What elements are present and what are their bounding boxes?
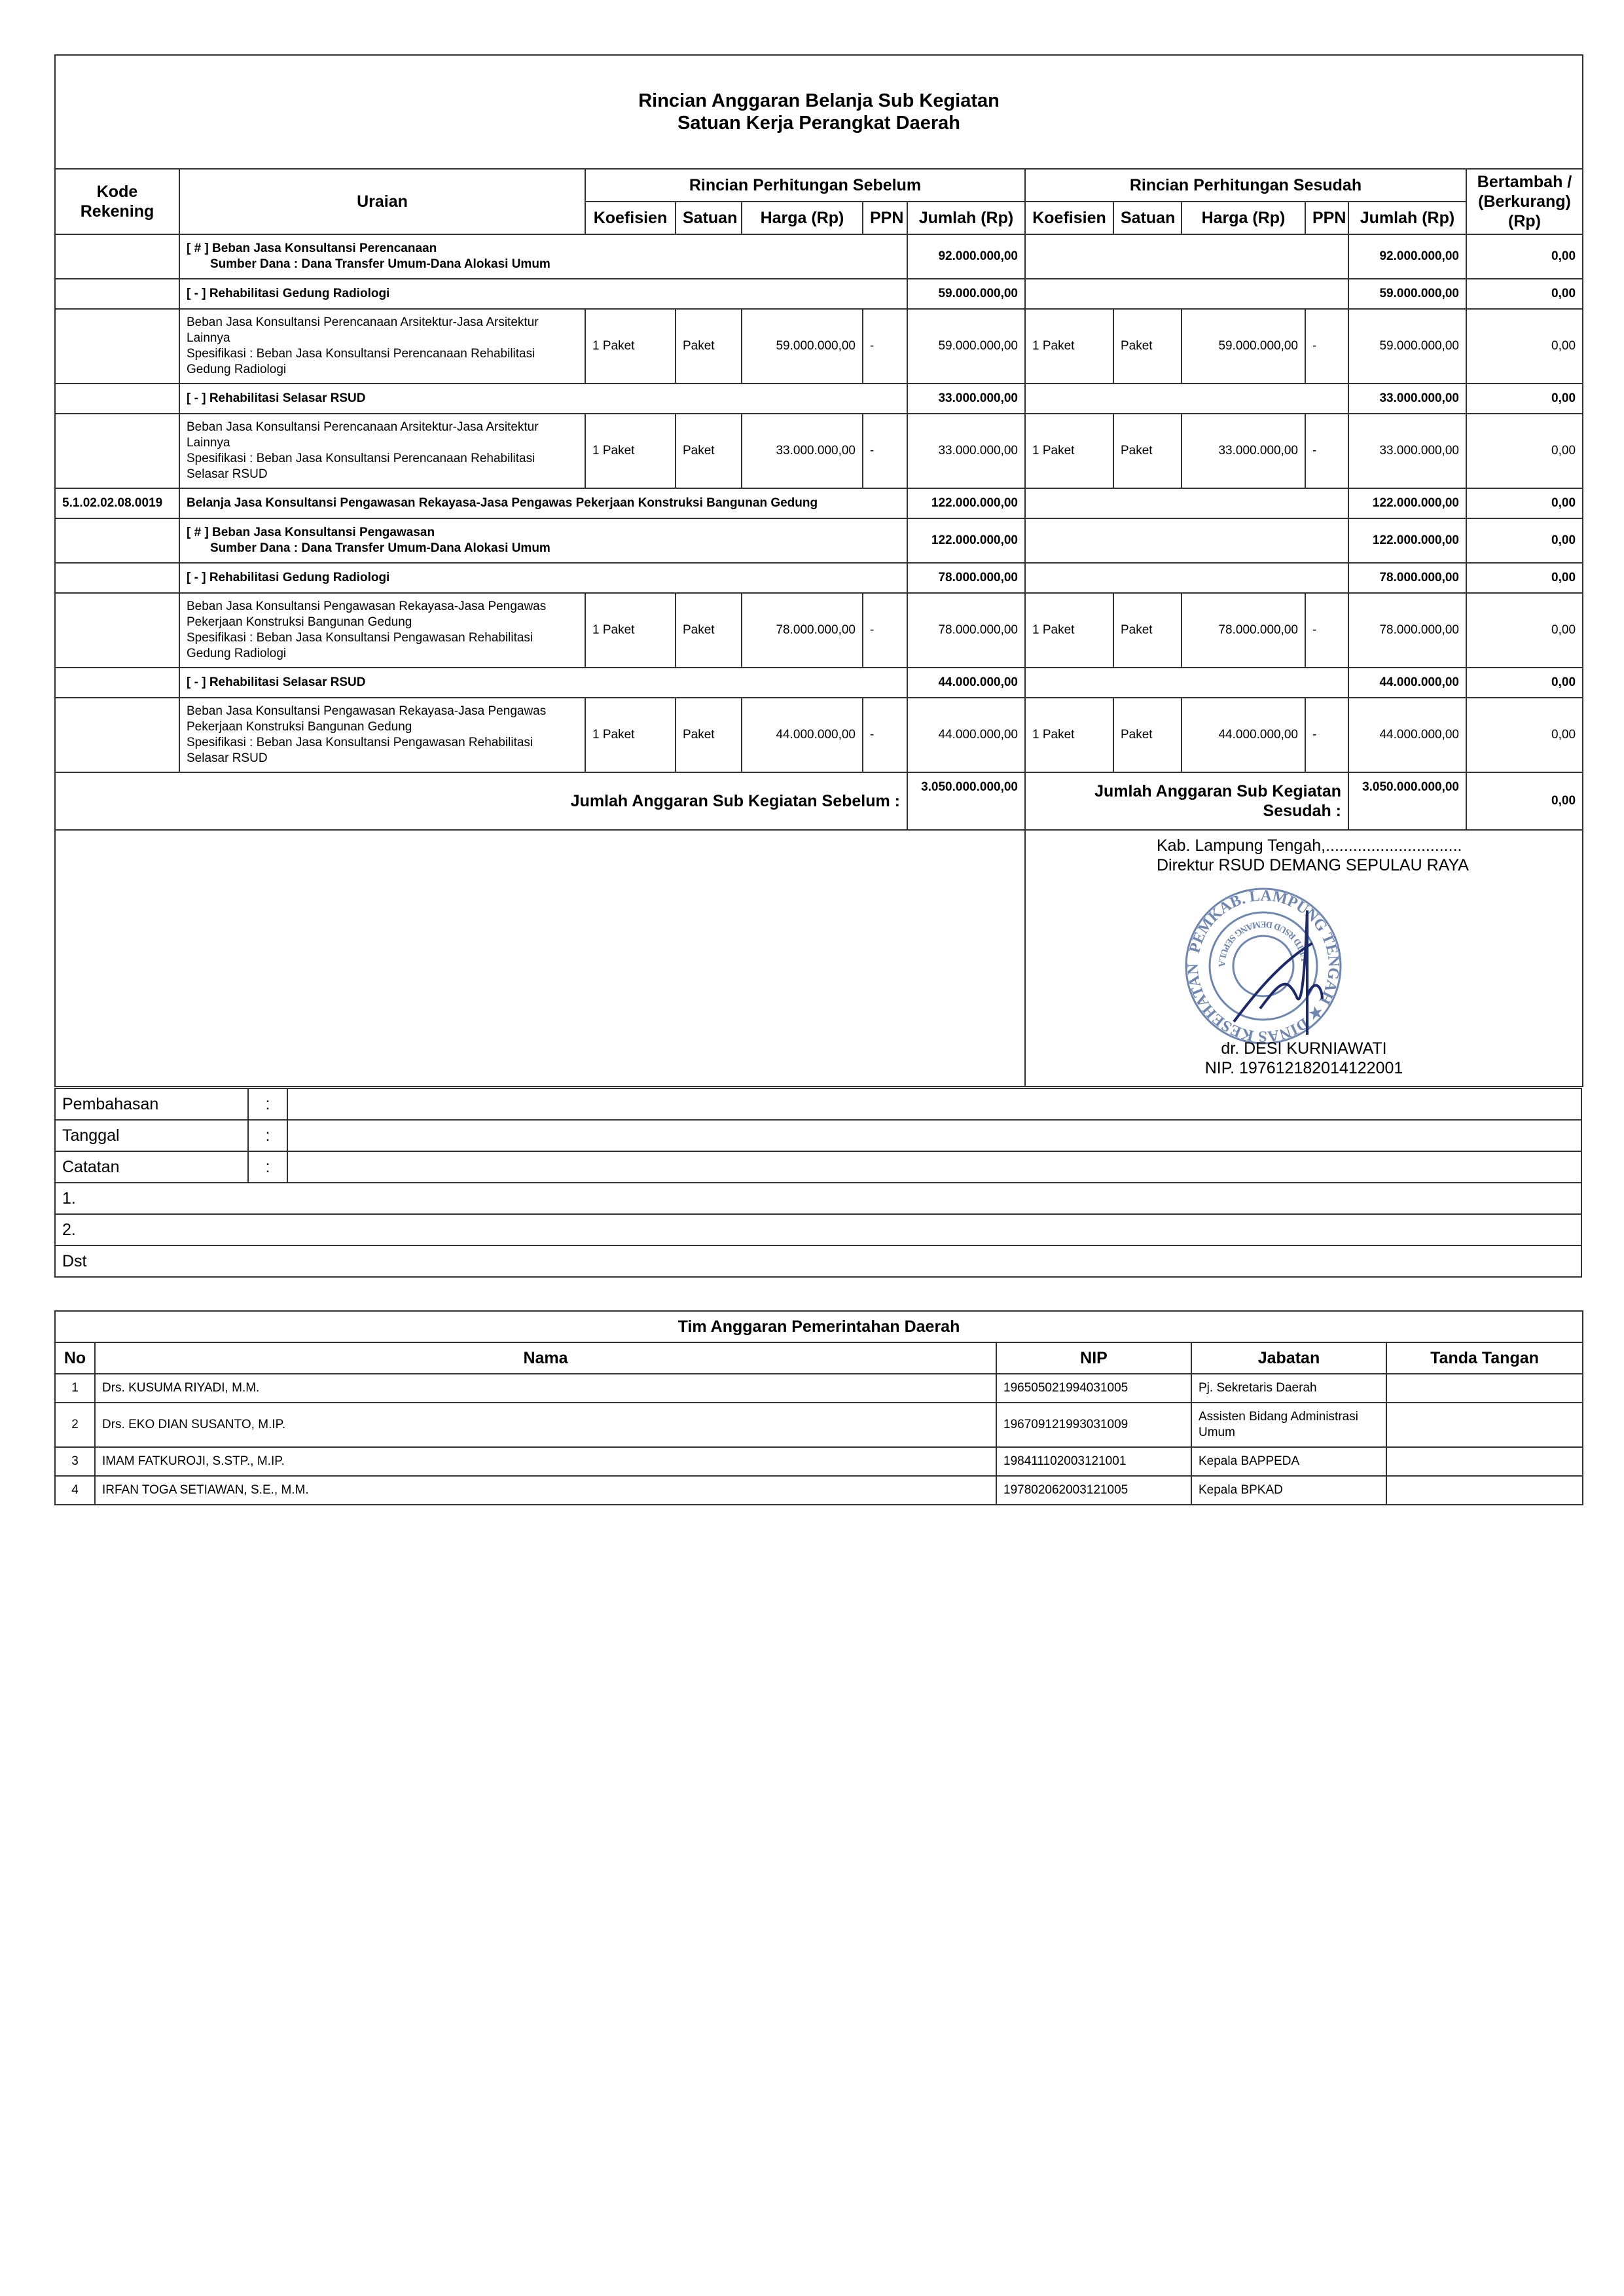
uraian-spec: Spesifikasi : Beban Jasa Konsultansi Pen… [187, 735, 578, 766]
table-row: [ # ] Beban Jasa Konsultansi Perencanaan… [55, 234, 1583, 279]
uraian-spec: Spesifikasi : Beban Jasa Konsultansi Pen… [187, 630, 578, 662]
uraian-title: [ # ] Beban Jasa Konsultansi Pengawasan [187, 526, 435, 539]
uraian: [ - ] Rehabilitasi Selasar RSUD [179, 668, 907, 698]
signature-blank [55, 830, 1025, 1086]
tapd-member-row: 2Drs. EKO DIAN SUSANTO, M.IP.19670912199… [55, 1403, 1583, 1447]
header-harga: Harga (Rp) [742, 202, 863, 234]
header-sebelum: Rincian Perhitungan Sebelum [585, 169, 1025, 202]
total-sebelum-value: 3.050.000.000,00 [907, 772, 1025, 830]
selisih: 0,00 [1466, 309, 1583, 384]
signature-place-date: Kab. Lampung Tengah,....................… [1157, 836, 1469, 855]
harga-sesudah: 33.000.000,00 [1182, 414, 1305, 488]
satuan: Paket [676, 414, 742, 488]
kode-rekening [55, 234, 179, 279]
header-ppn: PPN [863, 202, 907, 234]
uraian: [ - ] Rehabilitasi Gedung Radiologi [179, 563, 907, 593]
sesudah-blank [1025, 279, 1348, 309]
member-nip: 196505021994031005 [996, 1374, 1191, 1403]
notes-row: Catatan: [55, 1151, 1581, 1183]
kode-rekening [55, 414, 179, 488]
uraian-title: Beban Jasa Konsultansi Pengawasan Rekaya… [187, 599, 578, 630]
uraian-title: Belanja Jasa Konsultansi Pengawasan Reka… [187, 496, 818, 510]
notes-item: 1. [55, 1183, 1581, 1214]
ppn-sesudah: - [1305, 698, 1348, 772]
sumber-dana: Sumber Dana : Dana Transfer Umum-Dana Al… [187, 257, 900, 272]
satuan: Paket [676, 698, 742, 772]
harga-sesudah: 44.000.000,00 [1182, 698, 1305, 772]
jumlah-sesudah: 78.000.000,00 [1348, 563, 1466, 593]
koefisien: 1 Paket [585, 309, 676, 384]
signature-block: Kab. Lampung Tengah,....................… [1025, 830, 1583, 1086]
member-no: 4 [55, 1476, 95, 1505]
jumlah-sesudah: 92.000.000,00 [1348, 234, 1466, 279]
official-stamp-icon: PEMKAB. LAMPUNG TENGAH ★ DINAS KESEHATAN… [1182, 884, 1345, 1048]
budget-detail-table: Rincian Anggaran Belanja Sub Kegiatan Sa… [54, 54, 1583, 1087]
selisih: 0,00 [1466, 668, 1583, 698]
kode-rekening [55, 563, 179, 593]
member-no: 1 [55, 1374, 95, 1403]
member-nama: IMAM FATKUROJI, S.STP., M.IP. [95, 1447, 996, 1476]
selisih: 0,00 [1466, 414, 1583, 488]
uraian-title: [ - ] Rehabilitasi Selasar RSUD [187, 391, 365, 405]
table-row: Beban Jasa Konsultansi Pengawasan Rekaya… [55, 593, 1583, 668]
jumlah-sesudah: 59.000.000,00 [1348, 309, 1466, 384]
satuan-sesudah: Paket [1113, 593, 1182, 668]
jumlah-sebelum: 59.000.000,00 [907, 309, 1025, 384]
member-jabatan: Pj. Sekretaris Daerah [1191, 1374, 1386, 1403]
koefisien: 1 Paket [585, 414, 676, 488]
uraian-title: [ - ] Rehabilitasi Gedung Radiologi [187, 287, 389, 300]
header-satuan: Satuan [676, 202, 742, 234]
notes-item-text: Dst [55, 1246, 1581, 1277]
total-selisih: 0,00 [1466, 772, 1583, 830]
tapd-header-no: No [55, 1342, 95, 1374]
jumlah-sesudah: 78.000.000,00 [1348, 593, 1466, 668]
satuan: Paket [676, 593, 742, 668]
discussion-notes-table: Pembahasan:Tanggal:Catatan:1.2.Dst [54, 1088, 1582, 1278]
member-nama: IRFAN TOGA SETIAWAN, S.E., M.M. [95, 1476, 996, 1505]
total-sesudah-label: Jumlah Anggaran Sub Kegiatan Sesudah : [1025, 772, 1348, 830]
uraian-title: Beban Jasa Konsultansi Perencanaan Arsit… [187, 315, 578, 346]
ppn: - [863, 309, 907, 384]
jumlah-sebelum: 59.000.000,00 [907, 279, 1025, 309]
uraian-spec: Spesifikasi : Beban Jasa Konsultansi Per… [187, 451, 578, 482]
uraian-spec: Spesifikasi : Beban Jasa Konsultansi Per… [187, 346, 578, 378]
document-title: Rincian Anggaran Belanja Sub Kegiatan Sa… [55, 55, 1583, 169]
satuan: Paket [676, 309, 742, 384]
tapd-member-row: 3IMAM FATKUROJI, S.STP., M.IP.1984111020… [55, 1447, 1583, 1476]
jumlah-sebelum: 33.000.000,00 [907, 384, 1025, 414]
kode-rekening [55, 593, 179, 668]
signature-nip: NIP. 197612182014122001 [1032, 1058, 1576, 1078]
signature-name: dr. DESI KURNIAWATI [1032, 1039, 1576, 1058]
document-title-line2: Satuan Kerja Perangkat Daerah [62, 112, 1576, 134]
harga-sesudah: 78.000.000,00 [1182, 593, 1305, 668]
uraian: Beban Jasa Konsultansi Pengawasan Rekaya… [179, 593, 585, 668]
header-jumlah: Jumlah (Rp) [907, 202, 1025, 234]
selisih: 0,00 [1466, 234, 1583, 279]
sesudah-blank [1025, 488, 1348, 518]
tapd-header-ttd: Tanda Tangan [1386, 1342, 1583, 1374]
uraian: [ # ] Beban Jasa Konsultansi PengawasanS… [179, 518, 907, 563]
ppn: - [863, 698, 907, 772]
table-row: Beban Jasa Konsultansi Pengawasan Rekaya… [55, 698, 1583, 772]
member-ttd [1386, 1403, 1583, 1447]
tapd-header-nip: NIP [996, 1342, 1191, 1374]
notes-item-text: 2. [55, 1214, 1581, 1246]
notes-colon: : [248, 1088, 287, 1120]
table-row: 5.1.02.02.08.0019Belanja Jasa Konsultans… [55, 488, 1583, 518]
member-nip: 197802062003121005 [996, 1476, 1191, 1505]
notes-label: Catatan [55, 1151, 248, 1183]
member-nama: Drs. EKO DIAN SUSANTO, M.IP. [95, 1403, 996, 1447]
uraian: [ - ] Rehabilitasi Gedung Radiologi [179, 279, 907, 309]
notes-value [287, 1120, 1581, 1151]
jumlah-sesudah: 33.000.000,00 [1348, 414, 1466, 488]
member-ttd [1386, 1447, 1583, 1476]
harga: 33.000.000,00 [742, 414, 863, 488]
member-jabatan: Assisten Bidang Administrasi Umum [1191, 1403, 1386, 1447]
notes-row: Tanggal: [55, 1120, 1581, 1151]
notes-item: 2. [55, 1214, 1581, 1246]
header-ppn-2: PPN [1305, 202, 1348, 234]
uraian: Belanja Jasa Konsultansi Pengawasan Reka… [179, 488, 907, 518]
selisih: 0,00 [1466, 563, 1583, 593]
selisih: 0,00 [1466, 698, 1583, 772]
koefisien: 1 Paket [585, 698, 676, 772]
ppn-sesudah: - [1305, 309, 1348, 384]
jumlah-sebelum: 78.000.000,00 [907, 563, 1025, 593]
total-row: Jumlah Anggaran Sub Kegiatan Sebelum : 3… [55, 772, 1583, 830]
header-satuan-2: Satuan [1113, 202, 1182, 234]
member-jabatan: Kepala BPKAD [1191, 1476, 1386, 1505]
tapd-header-nama: Nama [95, 1342, 996, 1374]
member-ttd [1386, 1476, 1583, 1505]
uraian-title: [ - ] Rehabilitasi Gedung Radiologi [187, 571, 389, 584]
header-kode-rekening: Kode Rekening [55, 169, 179, 234]
sesudah-blank [1025, 518, 1348, 563]
header-sesudah: Rincian Perhitungan Sesudah [1025, 169, 1466, 202]
member-jabatan: Kepala BAPPEDA [1191, 1447, 1386, 1476]
satuan-sesudah: Paket [1113, 414, 1182, 488]
selisih: 0,00 [1466, 593, 1583, 668]
tapd-member-row: 4IRFAN TOGA SETIAWAN, S.E., M.M.19780206… [55, 1476, 1583, 1505]
tapd-member-row: 1Drs. KUSUMA RIYADI, M.M.196505021994031… [55, 1374, 1583, 1403]
koefisien: 1 Paket [585, 593, 676, 668]
notes-item-text: 1. [55, 1183, 1581, 1214]
satuan-sesudah: Paket [1113, 309, 1182, 384]
header-harga-2: Harga (Rp) [1182, 202, 1305, 234]
uraian: [ # ] Beban Jasa Konsultansi Perencanaan… [179, 234, 907, 279]
jumlah-sebelum: 122.000.000,00 [907, 488, 1025, 518]
table-row: Beban Jasa Konsultansi Perencanaan Arsit… [55, 414, 1583, 488]
harga: 44.000.000,00 [742, 698, 863, 772]
header-bertambah: Bertambah / (Berkurang) (Rp) [1466, 169, 1583, 234]
jumlah-sebelum: 92.000.000,00 [907, 234, 1025, 279]
sesudah-blank [1025, 563, 1348, 593]
table-row: [ # ] Beban Jasa Konsultansi PengawasanS… [55, 518, 1583, 563]
table-row: [ - ] Rehabilitasi Gedung Radiologi59.00… [55, 279, 1583, 309]
ppn: - [863, 414, 907, 488]
kode-rekening: 5.1.02.02.08.0019 [55, 488, 179, 518]
member-nama: Drs. KUSUMA RIYADI, M.M. [95, 1374, 996, 1403]
koefisien-sesudah: 1 Paket [1025, 698, 1113, 772]
notes-label: Pembahasan [55, 1088, 248, 1120]
notes-colon: : [248, 1151, 287, 1183]
satuan-sesudah: Paket [1113, 698, 1182, 772]
koefisien-sesudah: 1 Paket [1025, 414, 1113, 488]
harga: 59.000.000,00 [742, 309, 863, 384]
header-koefisien-2: Koefisien [1025, 202, 1113, 234]
signature-row: Kab. Lampung Tengah,....................… [55, 830, 1583, 1086]
jumlah-sebelum: 122.000.000,00 [907, 518, 1025, 563]
koefisien-sesudah: 1 Paket [1025, 309, 1113, 384]
selisih: 0,00 [1466, 279, 1583, 309]
member-no: 3 [55, 1447, 95, 1476]
total-sesudah-value: 3.050.000.000,00 [1348, 772, 1466, 830]
notes-value [287, 1151, 1581, 1183]
harga: 78.000.000,00 [742, 593, 863, 668]
sesudah-blank [1025, 384, 1348, 414]
tapd-table: Tim Anggaran Pemerintahan Daerah No Nama… [54, 1310, 1583, 1505]
member-ttd [1386, 1374, 1583, 1403]
jumlah-sesudah: 44.000.000,00 [1348, 698, 1466, 772]
kode-rekening [55, 309, 179, 384]
kode-rekening [55, 668, 179, 698]
notes-row: Pembahasan: [55, 1088, 1581, 1120]
table-row: [ - ] Rehabilitasi Selasar RSUD33.000.00… [55, 384, 1583, 414]
notes-colon: : [248, 1120, 287, 1151]
koefisien-sesudah: 1 Paket [1025, 593, 1113, 668]
ppn: - [863, 593, 907, 668]
selisih: 0,00 [1466, 488, 1583, 518]
jumlah-sesudah: 33.000.000,00 [1348, 384, 1466, 414]
jumlah-sesudah: 122.000.000,00 [1348, 488, 1466, 518]
uraian-title: Beban Jasa Konsultansi Pengawasan Rekaya… [187, 704, 578, 735]
kode-rekening [55, 384, 179, 414]
document-title-line1: Rincian Anggaran Belanja Sub Kegiatan [62, 90, 1576, 112]
tapd-header-jabatan: Jabatan [1191, 1342, 1386, 1374]
table-row: [ - ] Rehabilitasi Gedung Radiologi78.00… [55, 563, 1583, 593]
uraian: Beban Jasa Konsultansi Perencanaan Arsit… [179, 414, 585, 488]
jumlah-sebelum: 33.000.000,00 [907, 414, 1025, 488]
signature-position: Direktur RSUD DEMANG SEPULAU RAYA [1157, 855, 1469, 875]
ppn-sesudah: - [1305, 414, 1348, 488]
table-row: Beban Jasa Konsultansi Perencanaan Arsit… [55, 309, 1583, 384]
selisih: 0,00 [1466, 384, 1583, 414]
member-nip: 198411102003121001 [996, 1447, 1191, 1476]
header-uraian: Uraian [179, 169, 585, 234]
budget-rows: [ # ] Beban Jasa Konsultansi Perencanaan… [55, 234, 1583, 772]
harga-sesudah: 59.000.000,00 [1182, 309, 1305, 384]
header-koefisien: Koefisien [585, 202, 676, 234]
jumlah-sesudah: 59.000.000,00 [1348, 279, 1466, 309]
uraian: Beban Jasa Konsultansi Pengawasan Rekaya… [179, 698, 585, 772]
member-no: 2 [55, 1403, 95, 1447]
header-jumlah-2: Jumlah (Rp) [1348, 202, 1466, 234]
total-sebelum-label: Jumlah Anggaran Sub Kegiatan Sebelum : [55, 772, 907, 830]
sesudah-blank [1025, 668, 1348, 698]
selisih: 0,00 [1466, 518, 1583, 563]
table-row: [ - ] Rehabilitasi Selasar RSUD44.000.00… [55, 668, 1583, 698]
notes-item: Dst [55, 1246, 1581, 1277]
tapd-title: Tim Anggaran Pemerintahan Daerah [55, 1311, 1583, 1342]
kode-rekening [55, 279, 179, 309]
sumber-dana: Sumber Dana : Dana Transfer Umum-Dana Al… [187, 541, 900, 556]
uraian: [ - ] Rehabilitasi Selasar RSUD [179, 384, 907, 414]
notes-value [287, 1088, 1581, 1120]
kode-rekening [55, 698, 179, 772]
jumlah-sebelum: 78.000.000,00 [907, 593, 1025, 668]
uraian-title: [ # ] Beban Jasa Konsultansi Perencanaan [187, 242, 437, 255]
jumlah-sesudah: 122.000.000,00 [1348, 518, 1466, 563]
member-nip: 196709121993031009 [996, 1403, 1191, 1447]
sesudah-blank [1025, 234, 1348, 279]
uraian-title: Beban Jasa Konsultansi Perencanaan Arsit… [187, 420, 578, 451]
jumlah-sebelum: 44.000.000,00 [907, 698, 1025, 772]
uraian: Beban Jasa Konsultansi Perencanaan Arsit… [179, 309, 585, 384]
jumlah-sebelum: 44.000.000,00 [907, 668, 1025, 698]
notes-label: Tanggal [55, 1120, 248, 1151]
uraian-title: [ - ] Rehabilitasi Selasar RSUD [187, 675, 365, 689]
jumlah-sesudah: 44.000.000,00 [1348, 668, 1466, 698]
kode-rekening [55, 518, 179, 563]
ppn-sesudah: - [1305, 593, 1348, 668]
